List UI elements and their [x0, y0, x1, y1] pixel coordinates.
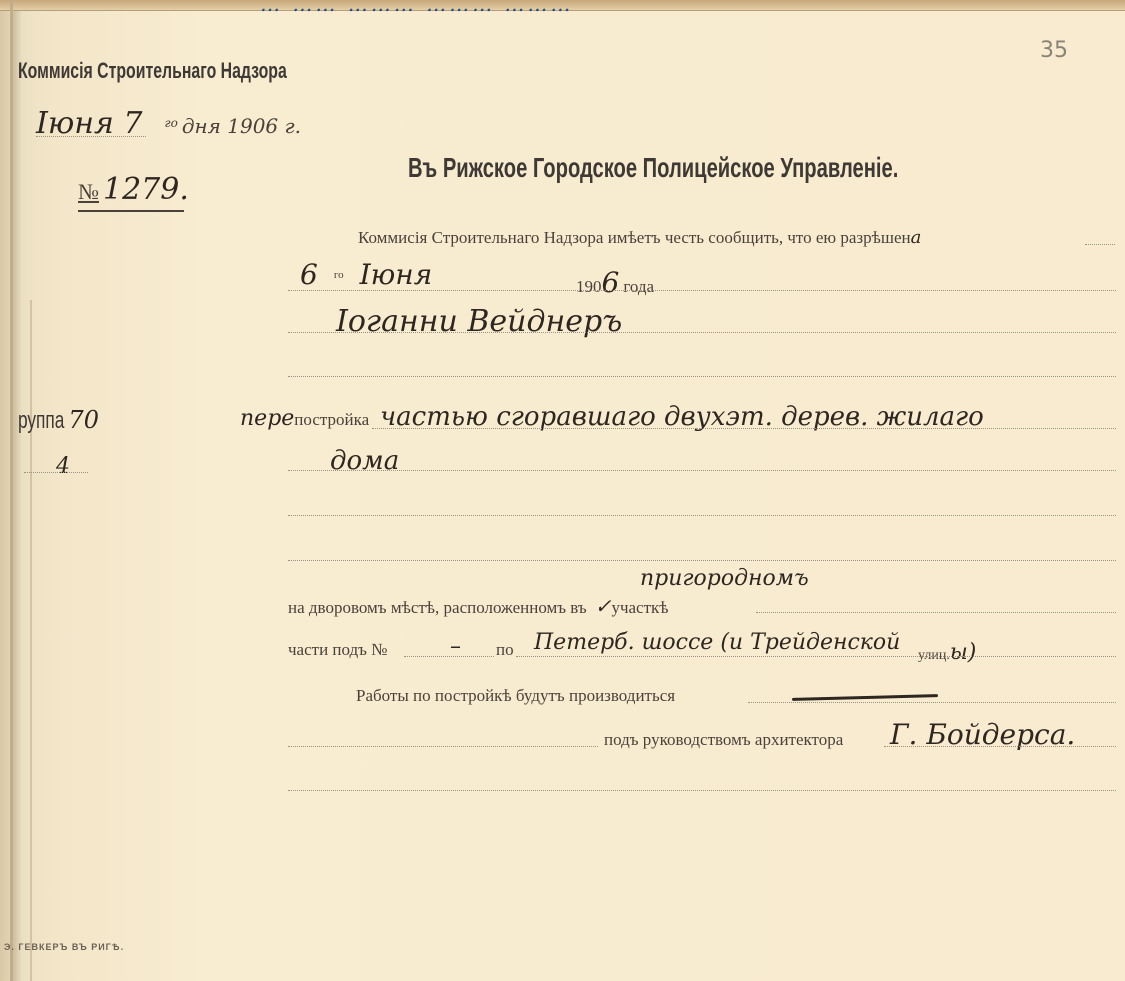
location-line: на дворовомъ мѣстѣ, расположенномъ въ ✓у…	[288, 594, 669, 618]
blue-handwriting: … …… ……… ……… ………	[260, 0, 573, 16]
year-word: года	[623, 277, 654, 296]
works-dotted-line	[748, 702, 1116, 703]
date-dotted-line	[36, 136, 146, 137]
permit-date: 6 го Іюня	[300, 258, 432, 291]
blank-dotted-line-3	[288, 560, 1116, 561]
document-page: … …… ……… ……… ……… 35 Коммисія Строительна…	[0, 0, 1125, 981]
intro-printed: Коммисія Строительнаго Надзора имѣетъ че…	[358, 228, 911, 247]
part-dotted-line	[404, 656, 494, 657]
street-suffix: улиц.ы)	[918, 640, 976, 665]
construction-dotted-line-2	[288, 470, 1116, 471]
addressee-title: Въ Рижское Городское Полицейское Управле…	[408, 152, 898, 184]
printer-imprint: Э. ГЕВКЕРЪ ВЪ РИГѢ.	[4, 942, 124, 952]
blank-dotted-line-1	[288, 376, 1116, 377]
date-printed: дня 1906 г.	[182, 114, 301, 138]
blank-dotted-line-2	[288, 515, 1116, 516]
date-suffix: го	[165, 116, 178, 130]
works-label: Работы по постройкѣ будутъ производиться	[356, 686, 675, 706]
architect-dotted-line	[884, 746, 1116, 747]
intro-dotted-line	[1085, 244, 1115, 245]
permit-year: 1906 года	[576, 266, 654, 299]
number-handwritten: 1279.	[103, 172, 189, 207]
page-fold-line	[10, 0, 13, 981]
construction-dotted-line	[372, 428, 1116, 429]
street-prefix: по	[496, 640, 514, 660]
intro-text: Коммисія Строительнаго Надзора имѣетъ че…	[358, 227, 921, 248]
permit-month: Іюня	[360, 258, 433, 291]
location-dotted-line	[756, 612, 1116, 613]
underlying-page-strip: … …… ……… ……… ………	[0, 0, 1125, 11]
group-label: руппа70	[18, 406, 99, 435]
applicant-name: Іоганни Вейднеръ	[336, 304, 622, 339]
street-suffix-handwritten: ы)	[950, 640, 977, 665]
group-label-printed: руппа	[18, 407, 64, 435]
part-label: части подъ №	[288, 640, 387, 660]
blank-dotted-line-4	[288, 790, 1116, 791]
issuing-organization: Коммисія Строительнаго Надзора	[18, 58, 287, 84]
street-handwritten: Петерб. шоссе (и Трейденской	[534, 630, 900, 655]
architect-dotted-line-left	[288, 746, 598, 747]
permit-date-dotted-line	[288, 290, 1116, 291]
applicant-dotted-line	[288, 332, 1116, 333]
street-dotted-line	[516, 656, 1116, 657]
location-printed: на дворовомъ мѣстѣ, расположенномъ въ	[288, 598, 587, 617]
permit-day-suffix: го	[334, 269, 344, 281]
number-underline	[78, 210, 184, 212]
document-number: № 1279.	[78, 172, 189, 207]
group-sub-number: 4	[56, 454, 70, 479]
permit-day: 6	[300, 258, 318, 291]
number-sign: №	[78, 179, 99, 204]
group-number: 70	[68, 406, 99, 434]
checkmark-icon: ✓	[595, 594, 612, 618]
works-dash-handwritten	[792, 694, 938, 701]
construction-type: перепостройка	[240, 406, 369, 431]
construction-description-line2: дома	[330, 446, 399, 476]
district-handwritten: пригородномъ	[640, 566, 809, 591]
year-handwritten: 6	[602, 266, 620, 299]
archive-page-number: 35	[1040, 38, 1068, 63]
construction-prefix: пере	[240, 406, 294, 431]
construction-label: постройка	[294, 410, 369, 429]
intro-suffix-handwritten: а	[911, 227, 922, 248]
page-crease	[30, 300, 32, 981]
part-number: –	[450, 634, 461, 659]
year-printed: 190	[576, 277, 602, 296]
district-word: участкѣ	[611, 598, 668, 617]
group-dotted-line	[24, 472, 88, 473]
architect-label: подъ руководствомъ архитектора	[604, 730, 843, 750]
